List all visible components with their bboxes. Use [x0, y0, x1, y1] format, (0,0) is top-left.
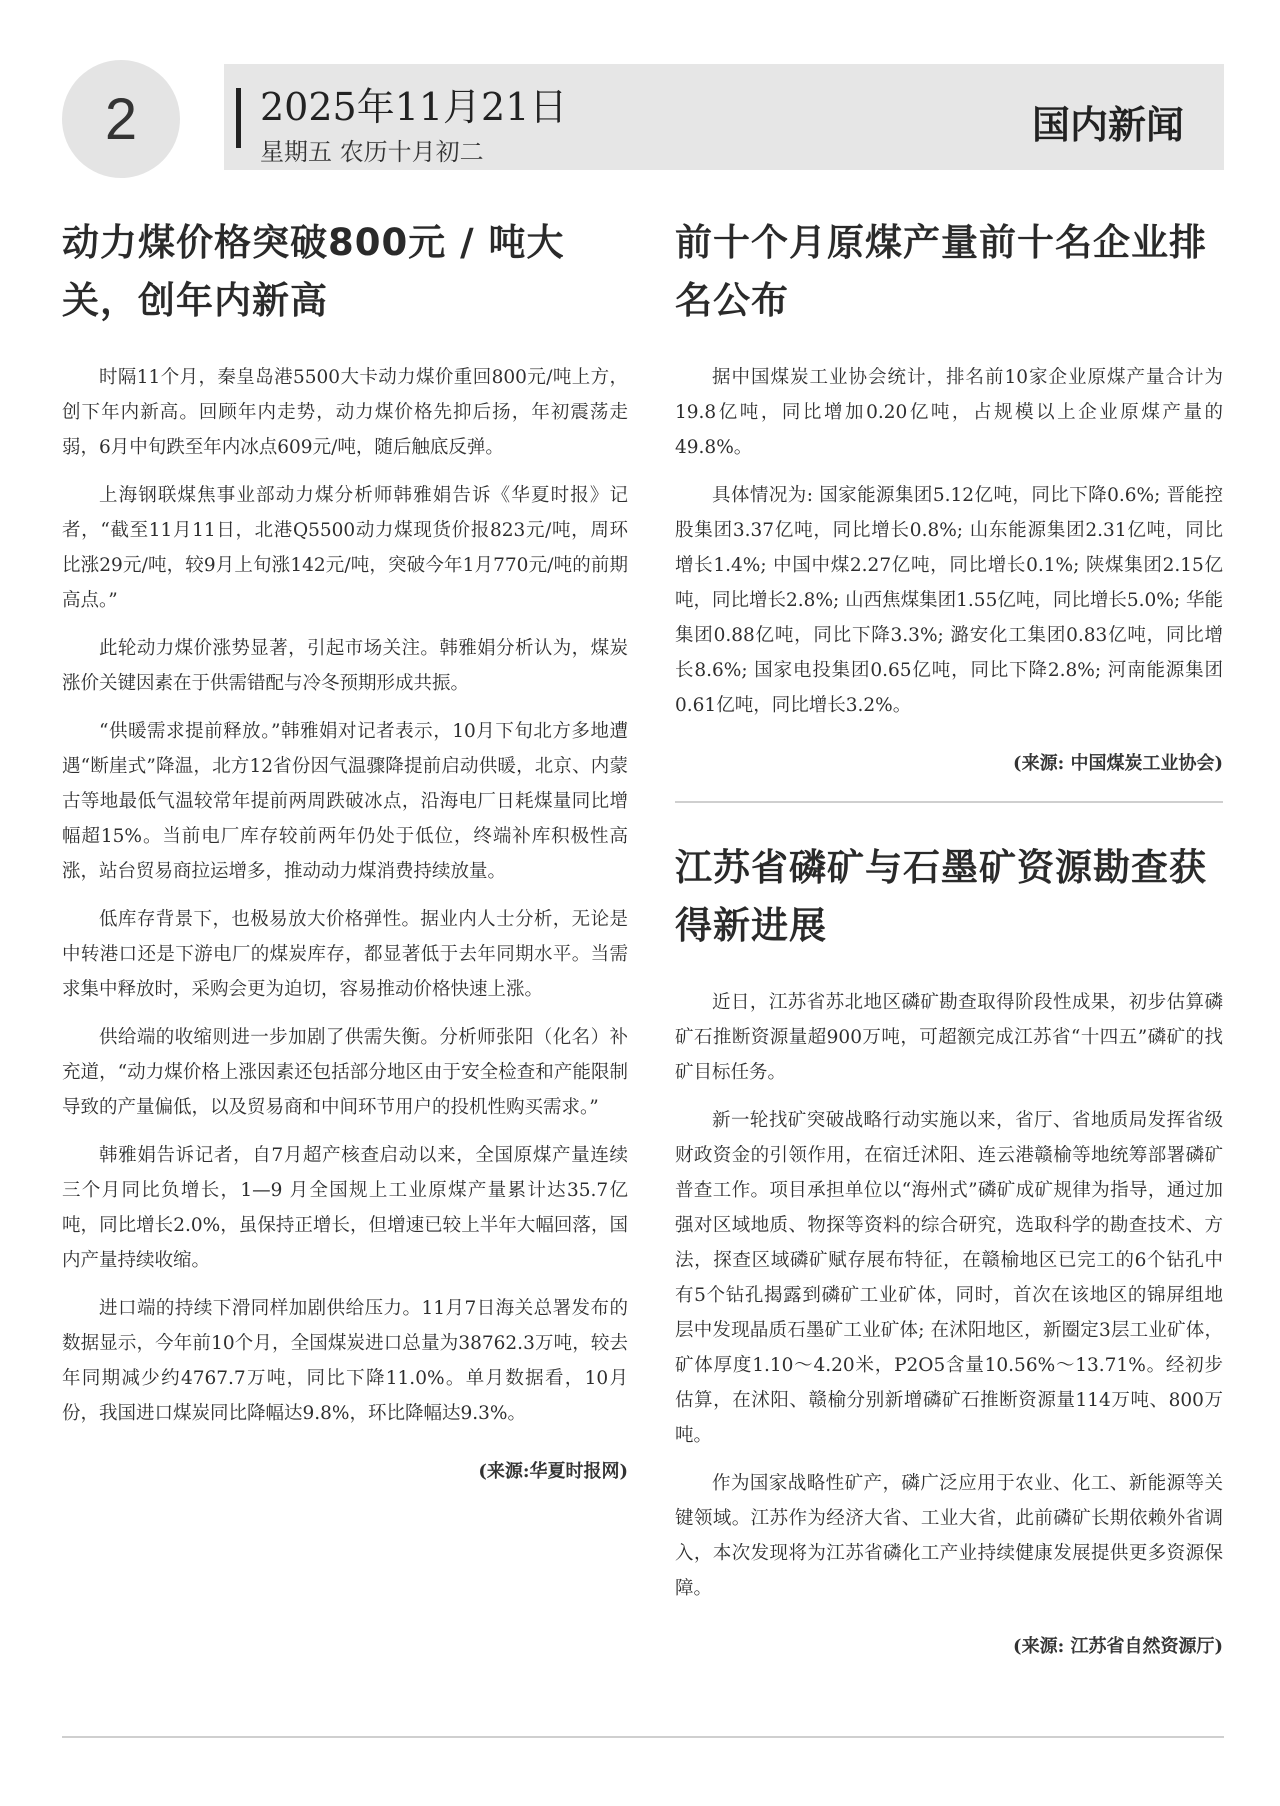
weekday-lunar-date: 星期五 农历十月初二: [260, 132, 484, 167]
page-number: 2: [105, 86, 137, 153]
article-coal-output-ranking: 前十个月原煤产量前十名企业排名公布 据中国煤炭工业协会统计，排名前10家企业原煤…: [675, 214, 1223, 775]
masthead: 2025年11月21日 星期五 农历十月初二 国内新闻: [224, 64, 1224, 170]
article-paragraph: 时隔11个月，秦皇岛港5500大卡动力煤价重回800元/吨上方，创下年内新高。回…: [62, 360, 628, 465]
masthead-divider-bar: [236, 88, 241, 148]
article-source: (来源: 中国煤炭工业协会): [675, 749, 1223, 775]
article-paragraph: 新一轮找矿突破战略行动实施以来，省厅、省地质局发挥省级财政资金的引领作用，在宿迁…: [675, 1103, 1223, 1453]
article-paragraph: 低库存背景下，也极易放大价格弹性。据业内人士分析，无论是中转港口还是下游电厂的煤…: [62, 902, 628, 1007]
left-column: 动力煤价格突破800元 / 吨大关，创年内新高 时隔11个月，秦皇岛港5500大…: [62, 214, 628, 1483]
article-paragraph: 韩雅娟告诉记者，自7月超产核查启动以来，全国原煤产量连续三个月同比负增长，1—9…: [62, 1138, 628, 1278]
article-source: (来源: 江苏省自然资源厅): [675, 1632, 1223, 1658]
article-headline: 前十个月原煤产量前十名企业排名公布: [675, 214, 1223, 330]
section-title: 国内新闻: [1032, 94, 1184, 149]
article-paragraph: 近日，江苏省苏北地区磷矿勘查取得阶段性成果，初步估算磷矿石推断资源量超900万吨…: [675, 985, 1223, 1090]
article-headline: 动力煤价格突破800元 / 吨大关，创年内新高: [62, 214, 628, 330]
article-paragraph: 具体情况为: 国家能源集团5.12亿吨，同比下降0.6%; 晋能控股集团3.37…: [675, 478, 1223, 723]
article-paragraph: 供给端的收缩则进一步加剧了供需失衡。分析师张阳（化名）补充道，“动力煤价格上涨因…: [62, 1020, 628, 1125]
article-jiangsu-phosphate: 江苏省磷矿与石墨矿资源勘查获得新进展 近日，江苏省苏北地区磷矿勘查取得阶段性成果…: [675, 839, 1223, 1658]
article-paragraph: 上海钢联煤焦事业部动力煤分析师韩雅娟告诉《华夏时报》记者，“截至11月11日，北…: [62, 478, 628, 618]
article-paragraph: 进口端的持续下滑同样加剧供给压力。11月7日海关总署发布的数据显示，今年前10个…: [62, 1291, 628, 1431]
article-paragraph: 作为国家战略性矿产，磷广泛应用于农业、化工、新能源等关键领域。江苏作为经济大省、…: [675, 1466, 1223, 1606]
article-paragraph: 此轮动力煤价涨势显著，引起市场关注。韩雅娟分析认为，煤炭涨价关键因素在于供需错配…: [62, 631, 628, 701]
article-paragraph: 据中国煤炭工业协会统计，排名前10家企业原煤产量合计为19.8亿吨，同比增加0.…: [675, 360, 1223, 465]
article-divider: [675, 801, 1223, 803]
right-column: 前十个月原煤产量前十名企业排名公布 据中国煤炭工业协会统计，排名前10家企业原煤…: [675, 214, 1223, 1658]
article-source: (来源:华夏时报网): [62, 1457, 628, 1483]
issue-date: 2025年11月21日: [260, 76, 567, 131]
article-coal-price: 动力煤价格突破800元 / 吨大关，创年内新高 时隔11个月，秦皇岛港5500大…: [62, 214, 628, 1483]
article-headline: 江苏省磷矿与石墨矿资源勘查获得新进展: [675, 839, 1223, 955]
page-number-badge: 2: [62, 60, 180, 178]
page-bottom-rule: [62, 1736, 1224, 1738]
article-paragraph: “供暖需求提前释放。”韩雅娟对记者表示，10月下旬北方多地遭遇“断崖式”降温，北…: [62, 714, 628, 889]
